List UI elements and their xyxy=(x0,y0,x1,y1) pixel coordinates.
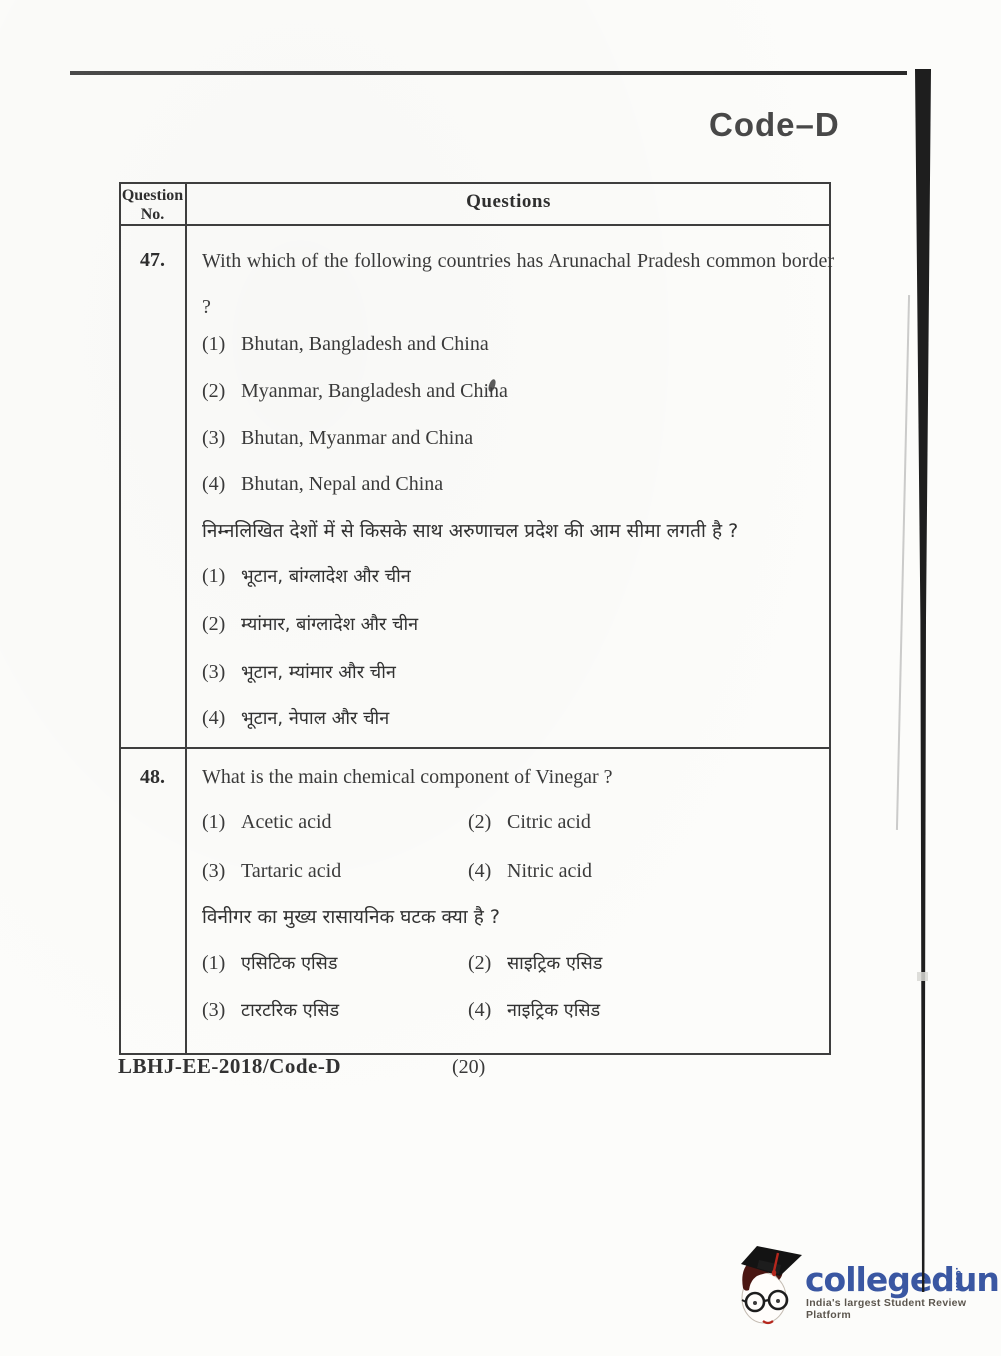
q48-hi-option-2: (2) साइट्रिक एसिड xyxy=(468,951,602,975)
collegedunia-tld-text: .com xyxy=(953,1267,963,1291)
option-text: नाइट्रिक एसिड xyxy=(507,998,600,1022)
option-number: (1) xyxy=(202,811,241,834)
q47-hi-option-2: (2) म्यांमार, बांग्लादेश और चीन xyxy=(202,612,418,636)
option-text: Bhutan, Myanmar and China xyxy=(241,427,473,450)
option-number: (4) xyxy=(468,860,507,883)
option-number: (3) xyxy=(202,999,241,1022)
table-column-divider xyxy=(185,182,187,1055)
option-text: भूटान, बांग्लादेश और चीन xyxy=(241,564,411,588)
option-number: (2) xyxy=(468,811,507,834)
q48-en-option-3: (3) Tartaric acid xyxy=(202,860,341,883)
header-question-no-line2: No. xyxy=(119,206,186,224)
option-number: (4) xyxy=(202,473,241,496)
page-code-label: Code–D xyxy=(709,106,840,144)
spine-bar-gap xyxy=(917,972,928,981)
option-number: (3) xyxy=(202,661,241,684)
q47-hi-option-4: (4) भूटान, नेपाल और चीन xyxy=(202,706,389,730)
option-text: Myanmar, Bangladesh and China xyxy=(241,380,508,403)
option-text: Bhutan, Nepal and China xyxy=(241,473,443,496)
q48-en-option-4: (4) Nitric acid xyxy=(468,860,592,883)
q47-hi-option-3: (3) भूटान, म्यांमार और चीन xyxy=(202,660,396,684)
top-rule-line xyxy=(70,71,907,75)
option-number: (3) xyxy=(202,860,241,883)
option-number: (1) xyxy=(202,952,241,975)
q47-en-option-4: (4) Bhutan, Nepal and China xyxy=(202,473,443,496)
option-number: (2) xyxy=(468,952,507,975)
spine-crease-line xyxy=(896,295,910,830)
option-text: Acetic acid xyxy=(241,811,332,834)
footer-page-number: (20) xyxy=(452,1056,485,1079)
q48-question-en: What is the main chemical component of V… xyxy=(202,766,834,789)
q48-en-option-2: (2) Citric acid xyxy=(468,811,591,834)
q47-question-hi: निम्नलिखित देशों में से किसके साथ अरुणाच… xyxy=(202,517,842,543)
q48-en-option-1: (1) Acetic acid xyxy=(202,811,332,834)
q47-en-option-2: (2) Myanmar, Bangladesh and China xyxy=(202,380,508,403)
option-text: Tartaric acid xyxy=(241,860,341,883)
q48-hi-option-1: (1) एसिटिक एसिड xyxy=(202,951,337,975)
table-header-divider xyxy=(119,224,831,226)
option-text: भूटान, म्यांमार और चीन xyxy=(241,660,396,684)
option-text: Citric acid xyxy=(507,811,591,834)
footer-booklet-code: LBHJ-EE-2018/Code-D xyxy=(118,1054,341,1079)
scanned-exam-page: Code–D Question No. Questions 47. With w… xyxy=(0,0,1001,1356)
option-text: एसिटिक एसिड xyxy=(241,951,337,975)
table-row-divider xyxy=(119,747,831,749)
q48-question-hi: विनीगर का मुख्य रासायनिक घटक क्या है ? xyxy=(202,903,842,929)
option-text: Nitric acid xyxy=(507,860,592,883)
option-text: साइट्रिक एसिड xyxy=(507,951,602,975)
q48-number: 48. xyxy=(119,766,186,789)
header-question-no-line1: Question xyxy=(119,187,186,205)
q47-en-option-1: (1) Bhutan, Bangladesh and China xyxy=(202,333,489,356)
option-text: Bhutan, Bangladesh and China xyxy=(241,333,489,356)
q47-number: 47. xyxy=(119,249,186,272)
option-number: (1) xyxy=(202,333,241,356)
option-text: भूटान, नेपाल और चीन xyxy=(241,706,389,730)
option-number: (3) xyxy=(202,427,241,450)
option-text: टारटरिक एसिड xyxy=(241,998,339,1022)
header-questions: Questions xyxy=(186,191,831,213)
collegedunia-tagline: India's largest Student Review Platform xyxy=(806,1297,1001,1321)
collegedunia-brand-text: collegedunia xyxy=(805,1260,1001,1299)
option-number: (1) xyxy=(202,565,241,588)
option-text: म्यांमार, बांग्लादेश और चीन xyxy=(241,612,418,636)
collegedunia-mascot-icon xyxy=(735,1244,805,1332)
q48-hi-option-3: (3) टारटरिक एसिड xyxy=(202,998,339,1022)
option-number: (2) xyxy=(202,380,241,403)
q48-hi-option-4: (4) नाइट्रिक एसिड xyxy=(468,998,600,1022)
q47-hi-option-1: (1) भूटान, बांग्लादेश और चीन xyxy=(202,564,411,588)
page-spine-bar xyxy=(912,69,932,1292)
q47-en-option-3: (3) Bhutan, Myanmar and China xyxy=(202,427,473,450)
q47-question-en: With which of the following countries ha… xyxy=(202,238,834,330)
option-number: (4) xyxy=(468,999,507,1022)
option-number: (2) xyxy=(202,613,241,636)
option-number: (4) xyxy=(202,707,241,730)
